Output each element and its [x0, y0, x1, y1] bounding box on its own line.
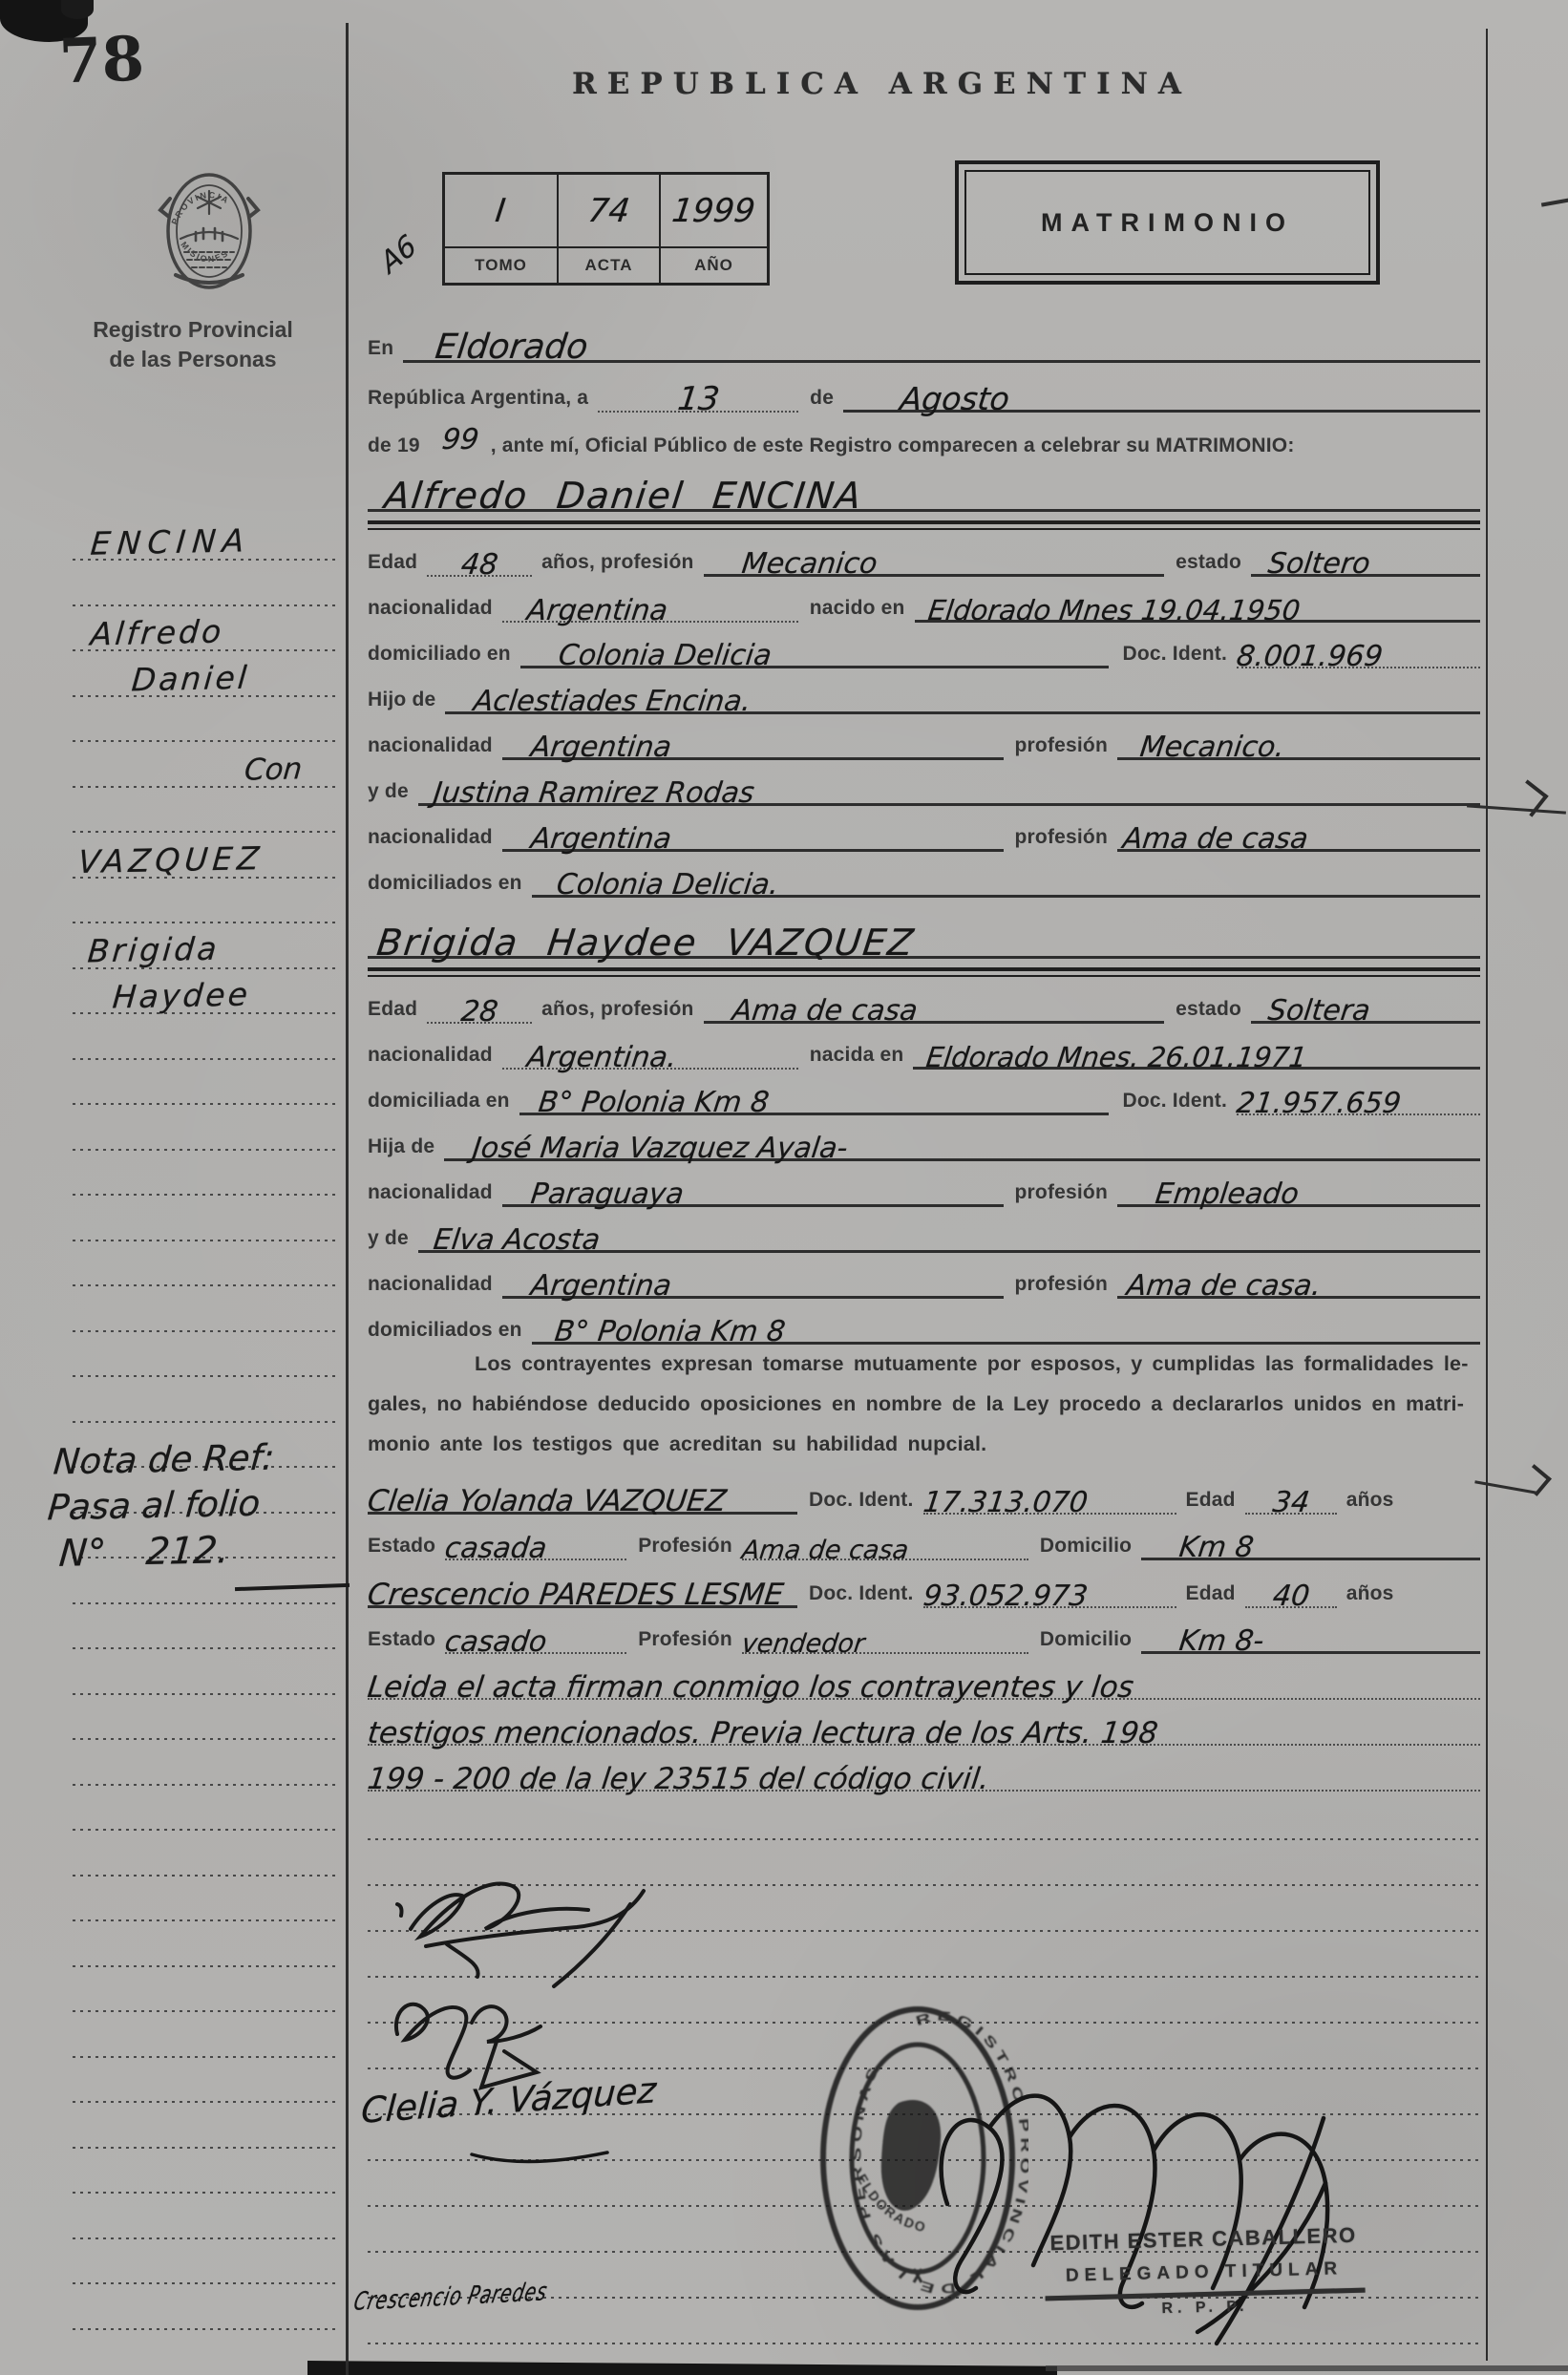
groom-nac-label: nacionalidad — [368, 597, 502, 623]
witness2-estado-label: Estado — [368, 1628, 445, 1654]
field-witness2-estado: Estado casado Profesión vendedor Domicil… — [368, 1610, 1480, 1654]
bride-dom-value: B° Polonia Km 8 — [518, 1089, 771, 1117]
ano-value: 1999 — [661, 175, 767, 246]
bride-madre-value: Elva Acosta — [416, 1226, 602, 1255]
province-seal-icon: PROVINCIA MISIONES — [151, 162, 267, 302]
acta-value: 74 — [559, 175, 661, 246]
bride-padre-value: José Maria Vazquez Ayala- — [442, 1134, 849, 1163]
groom-name-value: Alfredo Daniel ENCINA — [366, 477, 865, 514]
scan-corner-blotch-small — [61, 0, 94, 19]
field-bride-nacionalidad: nacionalidad Argentina. nacida en Eldora… — [368, 1026, 1480, 1070]
margin-divider-line — [346, 23, 349, 2375]
groom-madre-value: Justina Ramirez Rodas — [416, 779, 755, 808]
witness1-prof-label: Profesión — [626, 1535, 742, 1560]
declaration-line1: Los contrayentes expresan tomarse mutuam… — [368, 1352, 1469, 1376]
witness2-anos-label: años — [1337, 1582, 1394, 1608]
witness1-edad-value: 34 — [1271, 1489, 1311, 1517]
margin-surname-bride: VAZQUEZ — [77, 842, 265, 878]
margin-note-line1: Nota de Ref: — [52, 1440, 275, 1480]
bride-dom2-label: domiciliados en — [368, 1319, 532, 1345]
registry-name-line2: de las Personas — [44, 345, 342, 374]
witness1-dom-value: Km 8 — [1139, 1534, 1255, 1562]
field-bride-name: Brigida Haydee VAZQUEZ — [368, 903, 1480, 959]
groom-mnac-label: nacionalidad — [368, 826, 502, 852]
field-groom-madre-nac: nacionalidad Argentina profesión Ama de … — [368, 808, 1480, 852]
field-groom-name: Alfredo Daniel ENCINA — [368, 456, 1480, 512]
witness2-estado-value: casado — [443, 1628, 548, 1657]
groom-section-rule — [368, 520, 1480, 530]
witness1-name-value: Clelia Yolanda VAZQUEZ — [366, 1487, 728, 1516]
field-date: República Argentina, a 13 de Agosto — [368, 367, 1480, 413]
bride-doc-value: 21.957.659 — [1235, 1090, 1402, 1118]
groom-dom-value: Colonia Delicia — [519, 642, 773, 670]
scan-mark-stroke-1 — [1467, 804, 1566, 814]
field-closing-2: testigos mencionados. Previa lectura de … — [368, 1700, 1480, 1746]
witness1-dom-label: Domicilio — [1028, 1535, 1141, 1560]
margin-con: Con — [244, 754, 304, 785]
bride-nac-label: nacionalidad — [368, 1044, 502, 1070]
witness1-edad-label: Edad — [1176, 1489, 1245, 1515]
witness2-doc-label: Doc. Ident. — [797, 1582, 923, 1608]
margin-note-line3: N° 212. — [57, 1532, 230, 1573]
official-name-stamp: EDITH ESTER CABALLERO DELEGADO TITULAR R… — [1028, 2222, 1380, 2322]
bride-nacida-value: Eldorado Mnes. 26.01.1971 — [912, 1044, 1309, 1071]
groom-hijo-label: Hijo de — [368, 689, 445, 714]
bride-pnac-label: nacionalidad — [368, 1181, 502, 1207]
bride-nacida-label: nacida en — [798, 1044, 914, 1070]
margin-code: A6 — [376, 231, 421, 279]
groom-edad-value: 48 — [459, 551, 499, 580]
field-groom-nacionalidad: nacionalidad Argentina nacido en Eldorad… — [368, 579, 1480, 623]
witness2-edad-value: 40 — [1271, 1582, 1311, 1611]
groom-estado-label: estado — [1164, 551, 1251, 577]
bride-pprof-value: Empleado — [1115, 1180, 1300, 1209]
groom-pnac-value: Argentina — [500, 733, 673, 762]
closing-line3-value: 199 - 200 de la ley 23515 del código civ… — [366, 1765, 990, 1794]
field-bride-padre-nac: nacionalidad Paraguaya profesión Emplead… — [368, 1163, 1480, 1207]
record-number-box: I 74 1999 TOMO ACTA AÑO — [442, 172, 770, 286]
bride-doc-label: Doc. Ident. — [1109, 1090, 1237, 1115]
witness2-dom-label: Domicilio — [1028, 1628, 1141, 1654]
witness1-anos-label: años — [1337, 1489, 1394, 1515]
bride-hija-label: Hija de — [368, 1135, 444, 1161]
witness1-doc-value: 17.313.070 — [922, 1489, 1089, 1517]
page-number: 78 — [58, 23, 146, 97]
field-groom-padre-nac: nacionalidad Argentina profesión Mecanic… — [368, 716, 1480, 760]
groom-mprof-label: profesión — [1004, 826, 1117, 852]
bride-edad-value: 28 — [459, 998, 499, 1027]
tomo-label: TOMO — [445, 248, 559, 283]
document-title: REPUBLICA ARGENTINA — [368, 67, 1396, 101]
field-groom-padre: Hijo de Aclestiades Encina. — [368, 670, 1480, 714]
margin-surname-groom: ENCINA — [90, 524, 252, 560]
date-label1: República Argentina, a — [368, 387, 598, 413]
field-bride-edad: Edad 28 años, profesión Ama de casa esta… — [368, 980, 1480, 1024]
witness1-signature-flourish — [468, 2147, 611, 2172]
bride-estado-label: estado — [1164, 998, 1251, 1024]
field-groom-dom2: domiciliados en Colonia Delicia. — [368, 854, 1480, 898]
field-bride-dom2: domiciliados en B° Polonia Km 8 — [368, 1301, 1480, 1345]
intro-year: 99 — [440, 426, 480, 455]
registry-name-line1: Registro Provincial — [44, 315, 342, 345]
bride-mprof-value: Ama de casa. — [1115, 1272, 1323, 1301]
date-month: Agosto — [841, 383, 1011, 414]
registry-name: Registro Provincial de las Personas — [44, 315, 342, 374]
record-type-box: MATRIMONIO — [955, 160, 1380, 285]
field-bride-domicilio: domiciliada en B° Polonia Km 8 Doc. Iden… — [368, 1071, 1480, 1115]
bride-edad-label: Edad — [368, 998, 427, 1024]
field-witness2-name: Crescencio PAREDES LESME Doc. Ident. 93.… — [368, 1562, 1480, 1608]
acta-label: ACTA — [559, 248, 661, 283]
margin-given-name-groom-1: Alfredo — [90, 616, 225, 650]
groom-doc-label: Doc. Ident. — [1109, 643, 1237, 668]
margin-given-name-groom-2: Daniel — [131, 662, 251, 696]
bride-dom2-value: B° Polonia Km 8 — [530, 1318, 787, 1347]
field-witness1-estado: Estado casada Profesión Ama de casa Domi… — [368, 1516, 1480, 1560]
tomo-value: I — [445, 175, 559, 246]
margin-given-name-bride-1: Brigida — [87, 933, 221, 967]
groom-pprof-value: Mecanico. — [1115, 733, 1286, 762]
groom-dom-label: domiciliado en — [368, 643, 520, 668]
margin-note-line2: Pasa al folio — [46, 1486, 261, 1526]
official-title: DELEGADO TITULAR — [1029, 2258, 1379, 2288]
groom-mprof-value: Ama de casa — [1115, 825, 1309, 854]
groom-pnac-label: nacionalidad — [368, 734, 502, 760]
field-groom-edad: Edad 48 años, profesión Mecanico estado … — [368, 533, 1480, 577]
bride-name-value: Brigida Haydee VAZQUEZ — [366, 924, 918, 961]
bride-yde-label: y de — [368, 1227, 418, 1253]
field-closing-3: 199 - 200 de la ley 23515 del código civ… — [368, 1746, 1480, 1792]
groom-padre-value: Aclestiades Encina. — [444, 688, 753, 716]
scan-mark-dash — [1541, 198, 1568, 206]
date-day: 13 — [675, 383, 720, 415]
margin-note-underline — [235, 1583, 350, 1591]
bride-mnac-value: Argentina — [500, 1272, 673, 1301]
witness2-prof-label: Profesión — [626, 1628, 742, 1654]
closing-line2-value: testigos mencionados. Previa lectura de … — [366, 1719, 1159, 1749]
groom-nacido-value: Eldorado Mnes 19.04.1950 — [913, 597, 1302, 625]
field-bride-madre: y de Elva Acosta — [368, 1209, 1480, 1253]
field-place: En Eldorado — [368, 317, 1480, 363]
bride-estado-value: Soltera — [1249, 997, 1371, 1026]
groom-dom2-value: Colonia Delicia. — [530, 871, 780, 900]
field-groom-madre: y de Justina Ramirez Rodas — [368, 762, 1480, 806]
witness2-signature: Crescencio Paredes — [351, 2278, 550, 2317]
groom-prof-label: años, profesión — [532, 551, 703, 577]
witness1-doc-label: Doc. Ident. — [797, 1489, 923, 1515]
bride-prof-value: Ama de casa — [702, 997, 919, 1026]
witness2-doc-value: 93.052.973 — [922, 1582, 1089, 1611]
declaration-line3: monio ante los testigos que acreditan su… — [368, 1432, 986, 1456]
groom-signature — [390, 1870, 686, 2004]
groom-edad-label: Edad — [368, 551, 427, 577]
witness2-prof-value: vendedor — [740, 1631, 866, 1657]
bride-prof-label: años, profesión — [532, 998, 703, 1024]
groom-mnac-value: Argentina — [500, 825, 673, 854]
bride-nac-value: Argentina. — [500, 1044, 678, 1072]
marriage-certificate-scan: 78 PROVINCIA MISIONES Registro Provincia… — [0, 0, 1568, 2375]
scan-bottom-edge — [1046, 2365, 1568, 2371]
scan-bottom-band — [307, 2353, 1057, 2375]
declaration-line2: gales, no habiéndose deducido oposicione… — [368, 1392, 1464, 1416]
place-label: En — [368, 337, 403, 363]
closing-line1-value: Leida el acta firman conmigo los contray… — [366, 1673, 1135, 1703]
groom-prof-value: Mecanico — [702, 550, 879, 579]
witness1-prof-value: Ama de casa — [740, 1537, 910, 1563]
bride-pnac-value: Paraguaya — [500, 1180, 685, 1209]
field-bride-padre: Hija de José Maria Vazquez Ayala- — [368, 1117, 1480, 1161]
groom-dom2-label: domiciliados en — [368, 872, 532, 898]
groom-nac-value: Argentina — [500, 597, 669, 626]
bride-mnac-label: nacionalidad — [368, 1273, 502, 1299]
witness2-dom-value: Km 8- — [1139, 1627, 1265, 1656]
witness2-edad-label: Edad — [1176, 1582, 1245, 1608]
margin-given-name-bride-2: Haydee — [112, 978, 252, 1012]
place-value: Eldorado — [401, 330, 590, 365]
groom-doc-value: 8.001.969 — [1235, 643, 1384, 671]
field-intro: de 19 99 , ante mí, Oficial Público de e… — [368, 418, 1480, 460]
field-closing-1: Leida el acta firman conmigo los contray… — [368, 1654, 1480, 1700]
groom-pprof-label: profesión — [1004, 734, 1117, 760]
bride-section-rule — [368, 967, 1480, 977]
bride-dom-label: domiciliada en — [368, 1090, 519, 1115]
field-groom-domicilio: domiciliado en Colonia Delicia Doc. Iden… — [368, 625, 1480, 668]
field-bride-madre-nac: nacionalidad Argentina profesión Ama de … — [368, 1255, 1480, 1299]
groom-estado-value: Soltero — [1249, 550, 1371, 579]
witness1-estado-value: casada — [443, 1535, 548, 1563]
ano-label: AÑO — [661, 248, 767, 283]
field-witness1-name: Clelia Yolanda VAZQUEZ Doc. Ident. 17.31… — [368, 1469, 1480, 1515]
groom-yde-label: y de — [368, 780, 418, 806]
date-label2: de — [798, 387, 843, 413]
witness2-name-value: Crescencio PAREDES LESME — [366, 1580, 785, 1610]
witness1-estado-label: Estado — [368, 1535, 445, 1560]
groom-nacido-label: nacido en — [798, 597, 915, 623]
bride-pprof-label: profesión — [1004, 1181, 1117, 1207]
bride-mprof-label: profesión — [1004, 1273, 1117, 1299]
right-border-line — [1486, 29, 1488, 2361]
